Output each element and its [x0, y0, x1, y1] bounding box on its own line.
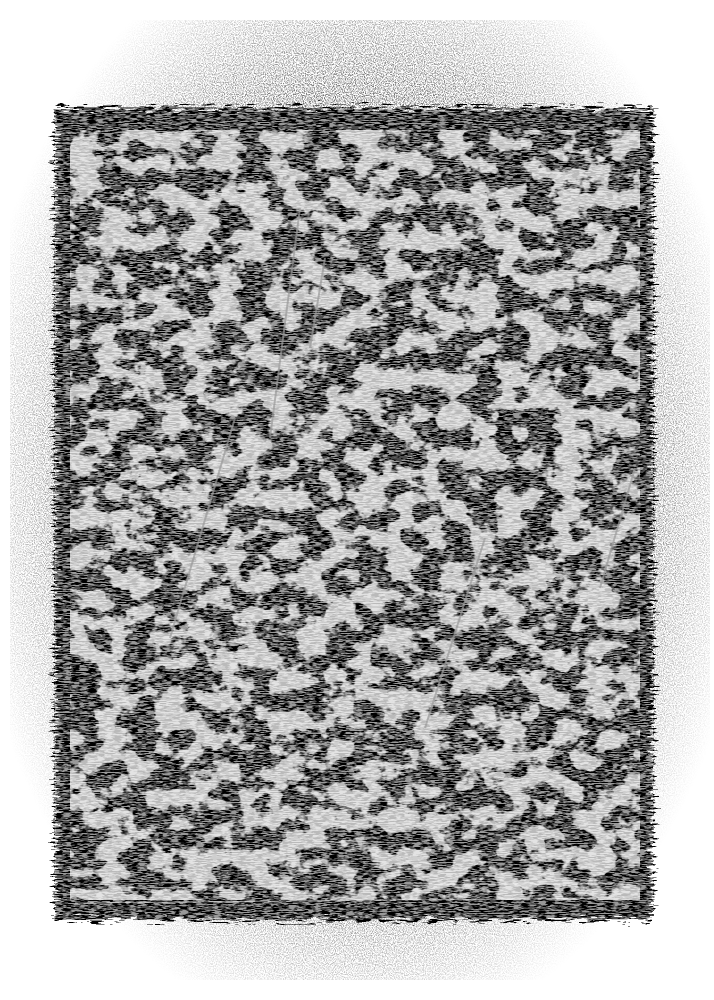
white-speckle-texture [55, 108, 653, 920]
